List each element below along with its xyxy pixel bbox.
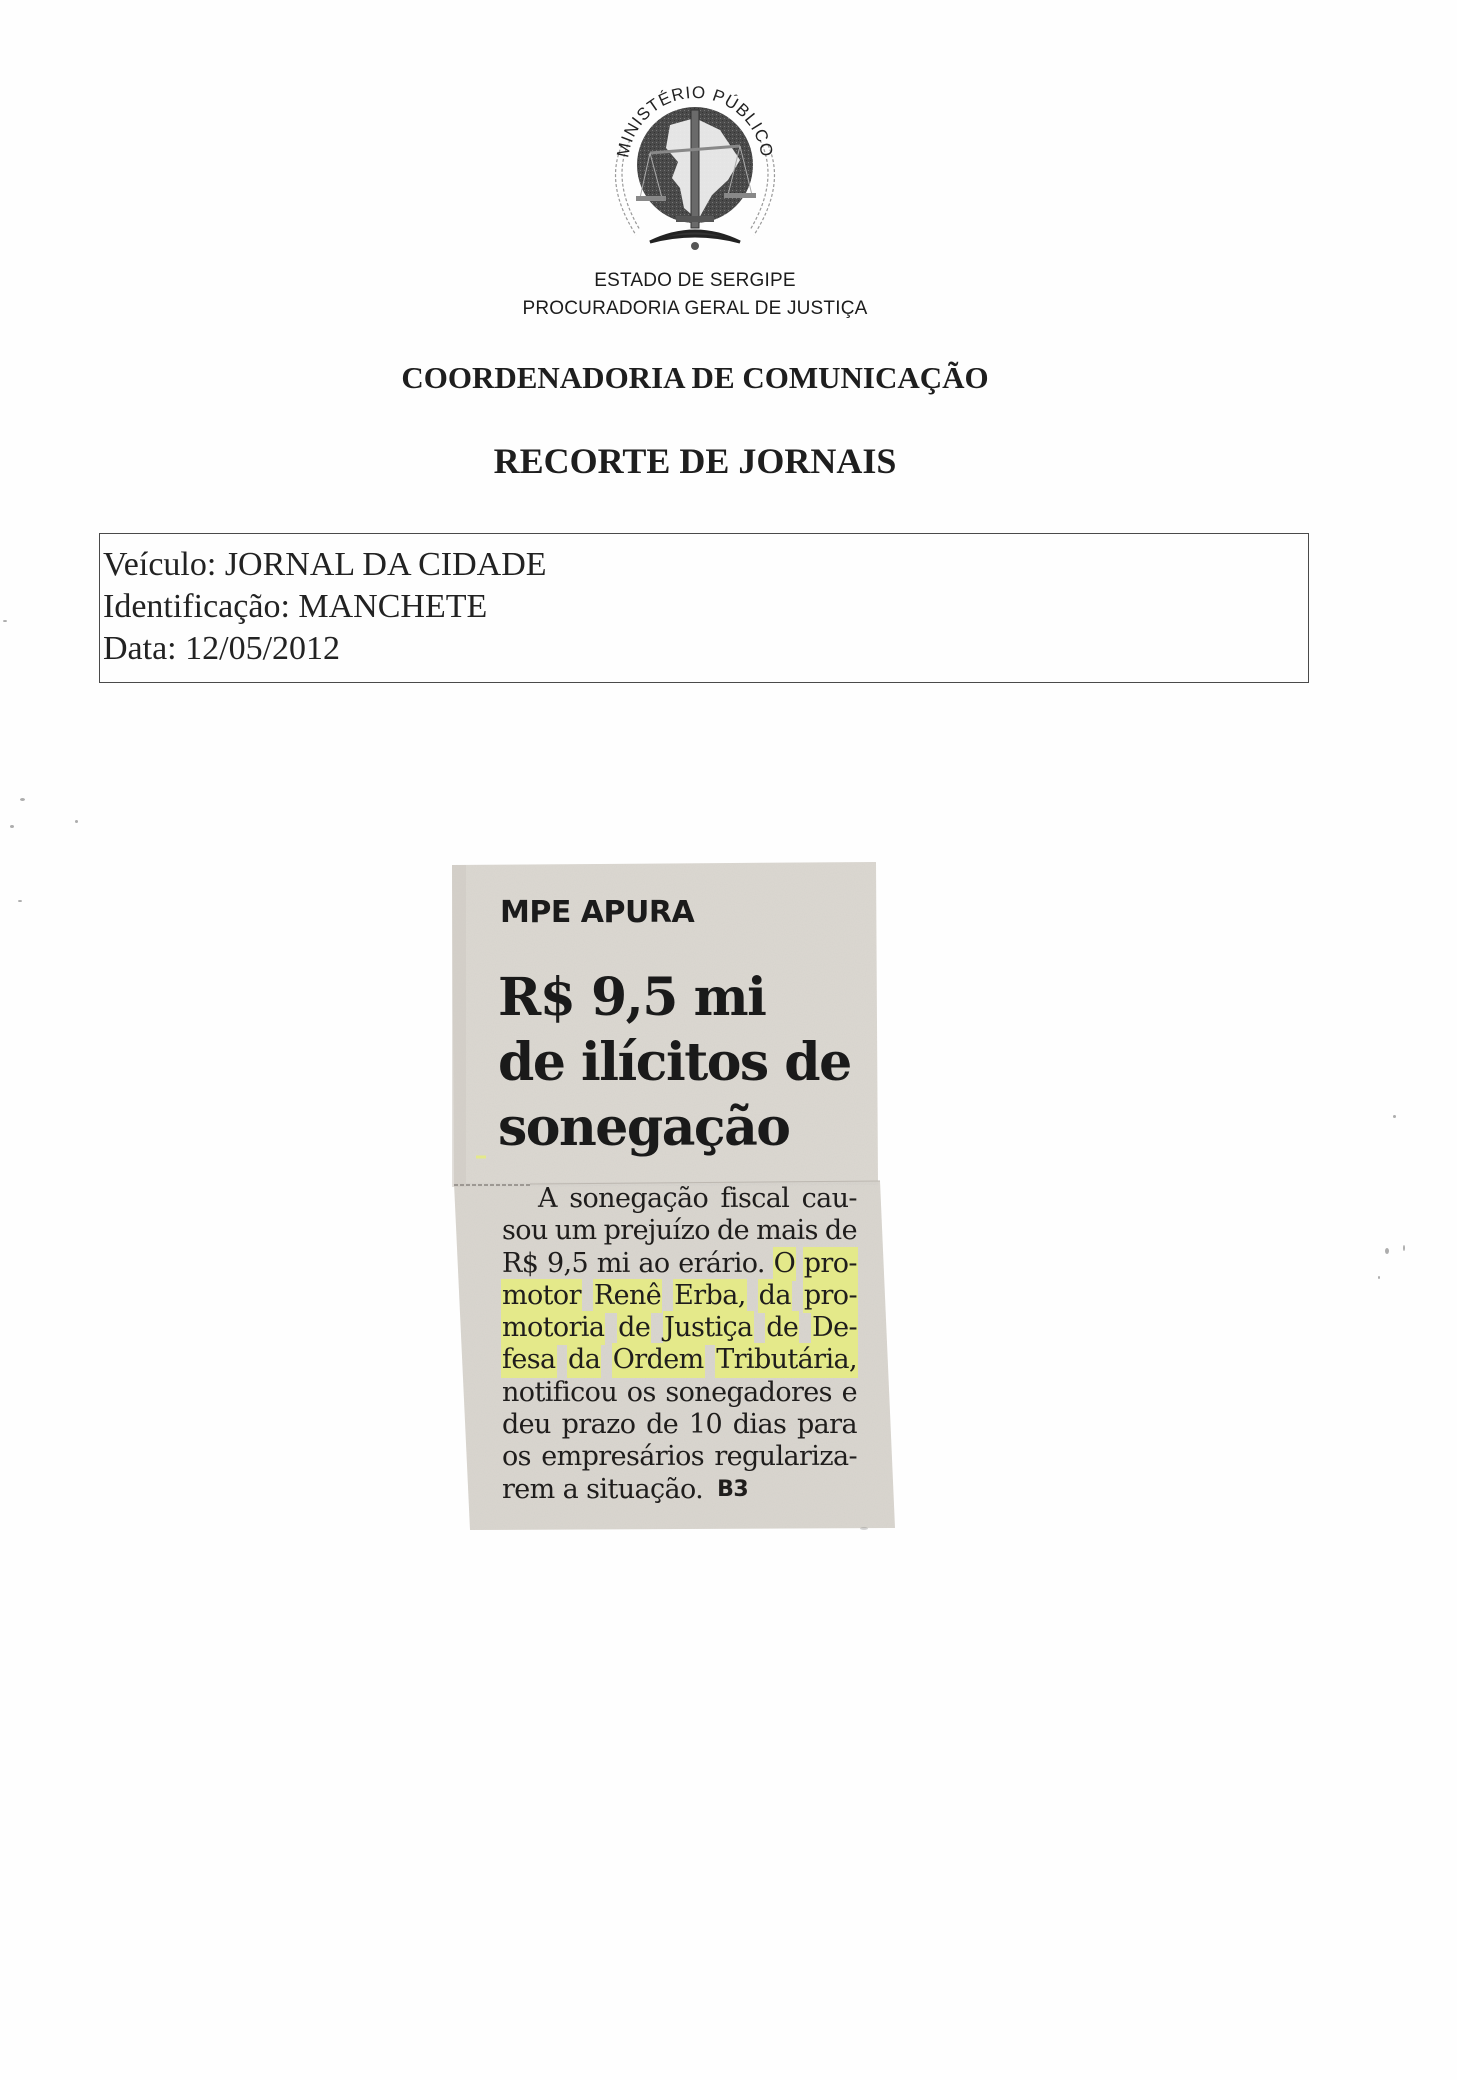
date-label: Data:: [103, 630, 177, 667]
highlighted-text: fesa: [502, 1344, 556, 1376]
highlighted-text: Erba,: [674, 1280, 746, 1312]
headline-line: de ilícitos de: [498, 1030, 878, 1095]
scan-speck: [860, 1527, 868, 1530]
vehicle-label: Veículo:: [103, 546, 216, 583]
body-line: notificouossonegadorese: [502, 1377, 857, 1409]
vehicle-value: JORNAL DA CIDADE: [225, 546, 547, 583]
clipping-info-box: Veículo: JORNAL DA CIDADE Identificação:…: [99, 533, 1309, 683]
highlighted-text: De-: [812, 1312, 857, 1344]
page-reference: B3: [717, 1474, 748, 1506]
highlighted-text: Justiça: [664, 1312, 753, 1344]
date-value: 12/05/2012: [185, 630, 340, 667]
highlighted-text: motor: [502, 1280, 581, 1312]
scan-speck: [20, 798, 25, 801]
body-line: fesadaOrdemTributária,: [502, 1344, 857, 1376]
highlighted-text: de: [766, 1312, 798, 1344]
scan-speck: [1385, 1248, 1389, 1254]
scan-speck: [75, 820, 78, 823]
scan-speck: [1403, 1245, 1405, 1251]
clipping-headline: R$ 9,5 mi de ilícitos de sonegação: [498, 965, 878, 1160]
highlighted-text: motoria: [502, 1312, 604, 1344]
identification-value: MANCHETE: [298, 588, 487, 625]
highlighted-text: Ordem: [613, 1344, 704, 1376]
body-line: souumprejuízodemaisde: [502, 1215, 857, 1247]
identification-label: Identificação:: [103, 588, 290, 625]
highlighted-text: da: [568, 1344, 600, 1376]
highlighted-text: O: [774, 1248, 796, 1280]
office-name: PROCURADORIA GERAL DE JUSTIÇA: [0, 298, 1390, 320]
scan-speck: [1393, 1115, 1396, 1118]
highlighted-text: Tributária,: [716, 1344, 857, 1376]
clipping-kicker: MPE APURA: [500, 895, 694, 931]
body-line: deuprazode10diaspara: [502, 1409, 857, 1441]
body-line: rem a situação.B3: [502, 1474, 857, 1506]
highlighted-text: de: [618, 1312, 650, 1344]
headline-line: sonegação: [498, 1095, 878, 1160]
highlighted-text: pro-: [804, 1280, 857, 1312]
ministerio-publico-seal-icon: MINISTÉRIO PÚBLICO: [600, 70, 790, 260]
document-title: RECORTE DE JORNAIS: [0, 438, 1390, 484]
scan-speck: [18, 900, 22, 902]
body-line: R$9,5miaoerário.Opro-: [502, 1248, 857, 1280]
highlighted-text: da: [759, 1280, 791, 1312]
department-heading: COORDENADORIA DE COMUNICAÇÃO: [0, 358, 1390, 398]
body-line: osempresáriosregulariza-: [502, 1441, 857, 1473]
scan-speck: [1378, 1276, 1380, 1279]
identification-row: Identificação: MANCHETE: [103, 586, 1308, 628]
headline-line: R$ 9,5 mi: [498, 965, 878, 1030]
highlighted-text: pro-: [804, 1248, 857, 1280]
body-line: motorRenêErba,dapro-: [502, 1280, 857, 1312]
vehicle-row: Veículo: JORNAL DA CIDADE: [103, 544, 1308, 586]
state-name: ESTADO DE SERGIPE: [0, 270, 1390, 292]
body-line: Asonegaçãofiscalcau-: [502, 1183, 857, 1215]
body-line: motoriadeJustiçadeDe-: [502, 1312, 857, 1344]
scan-speck: [10, 825, 14, 828]
date-row: Data: 12/05/2012: [103, 628, 1308, 670]
highlighted-text: Renê: [594, 1280, 661, 1312]
clipping-body: Asonegaçãofiscalcau-souumprejuízodemaisd…: [502, 1183, 857, 1506]
scan-speck: [3, 620, 7, 622]
